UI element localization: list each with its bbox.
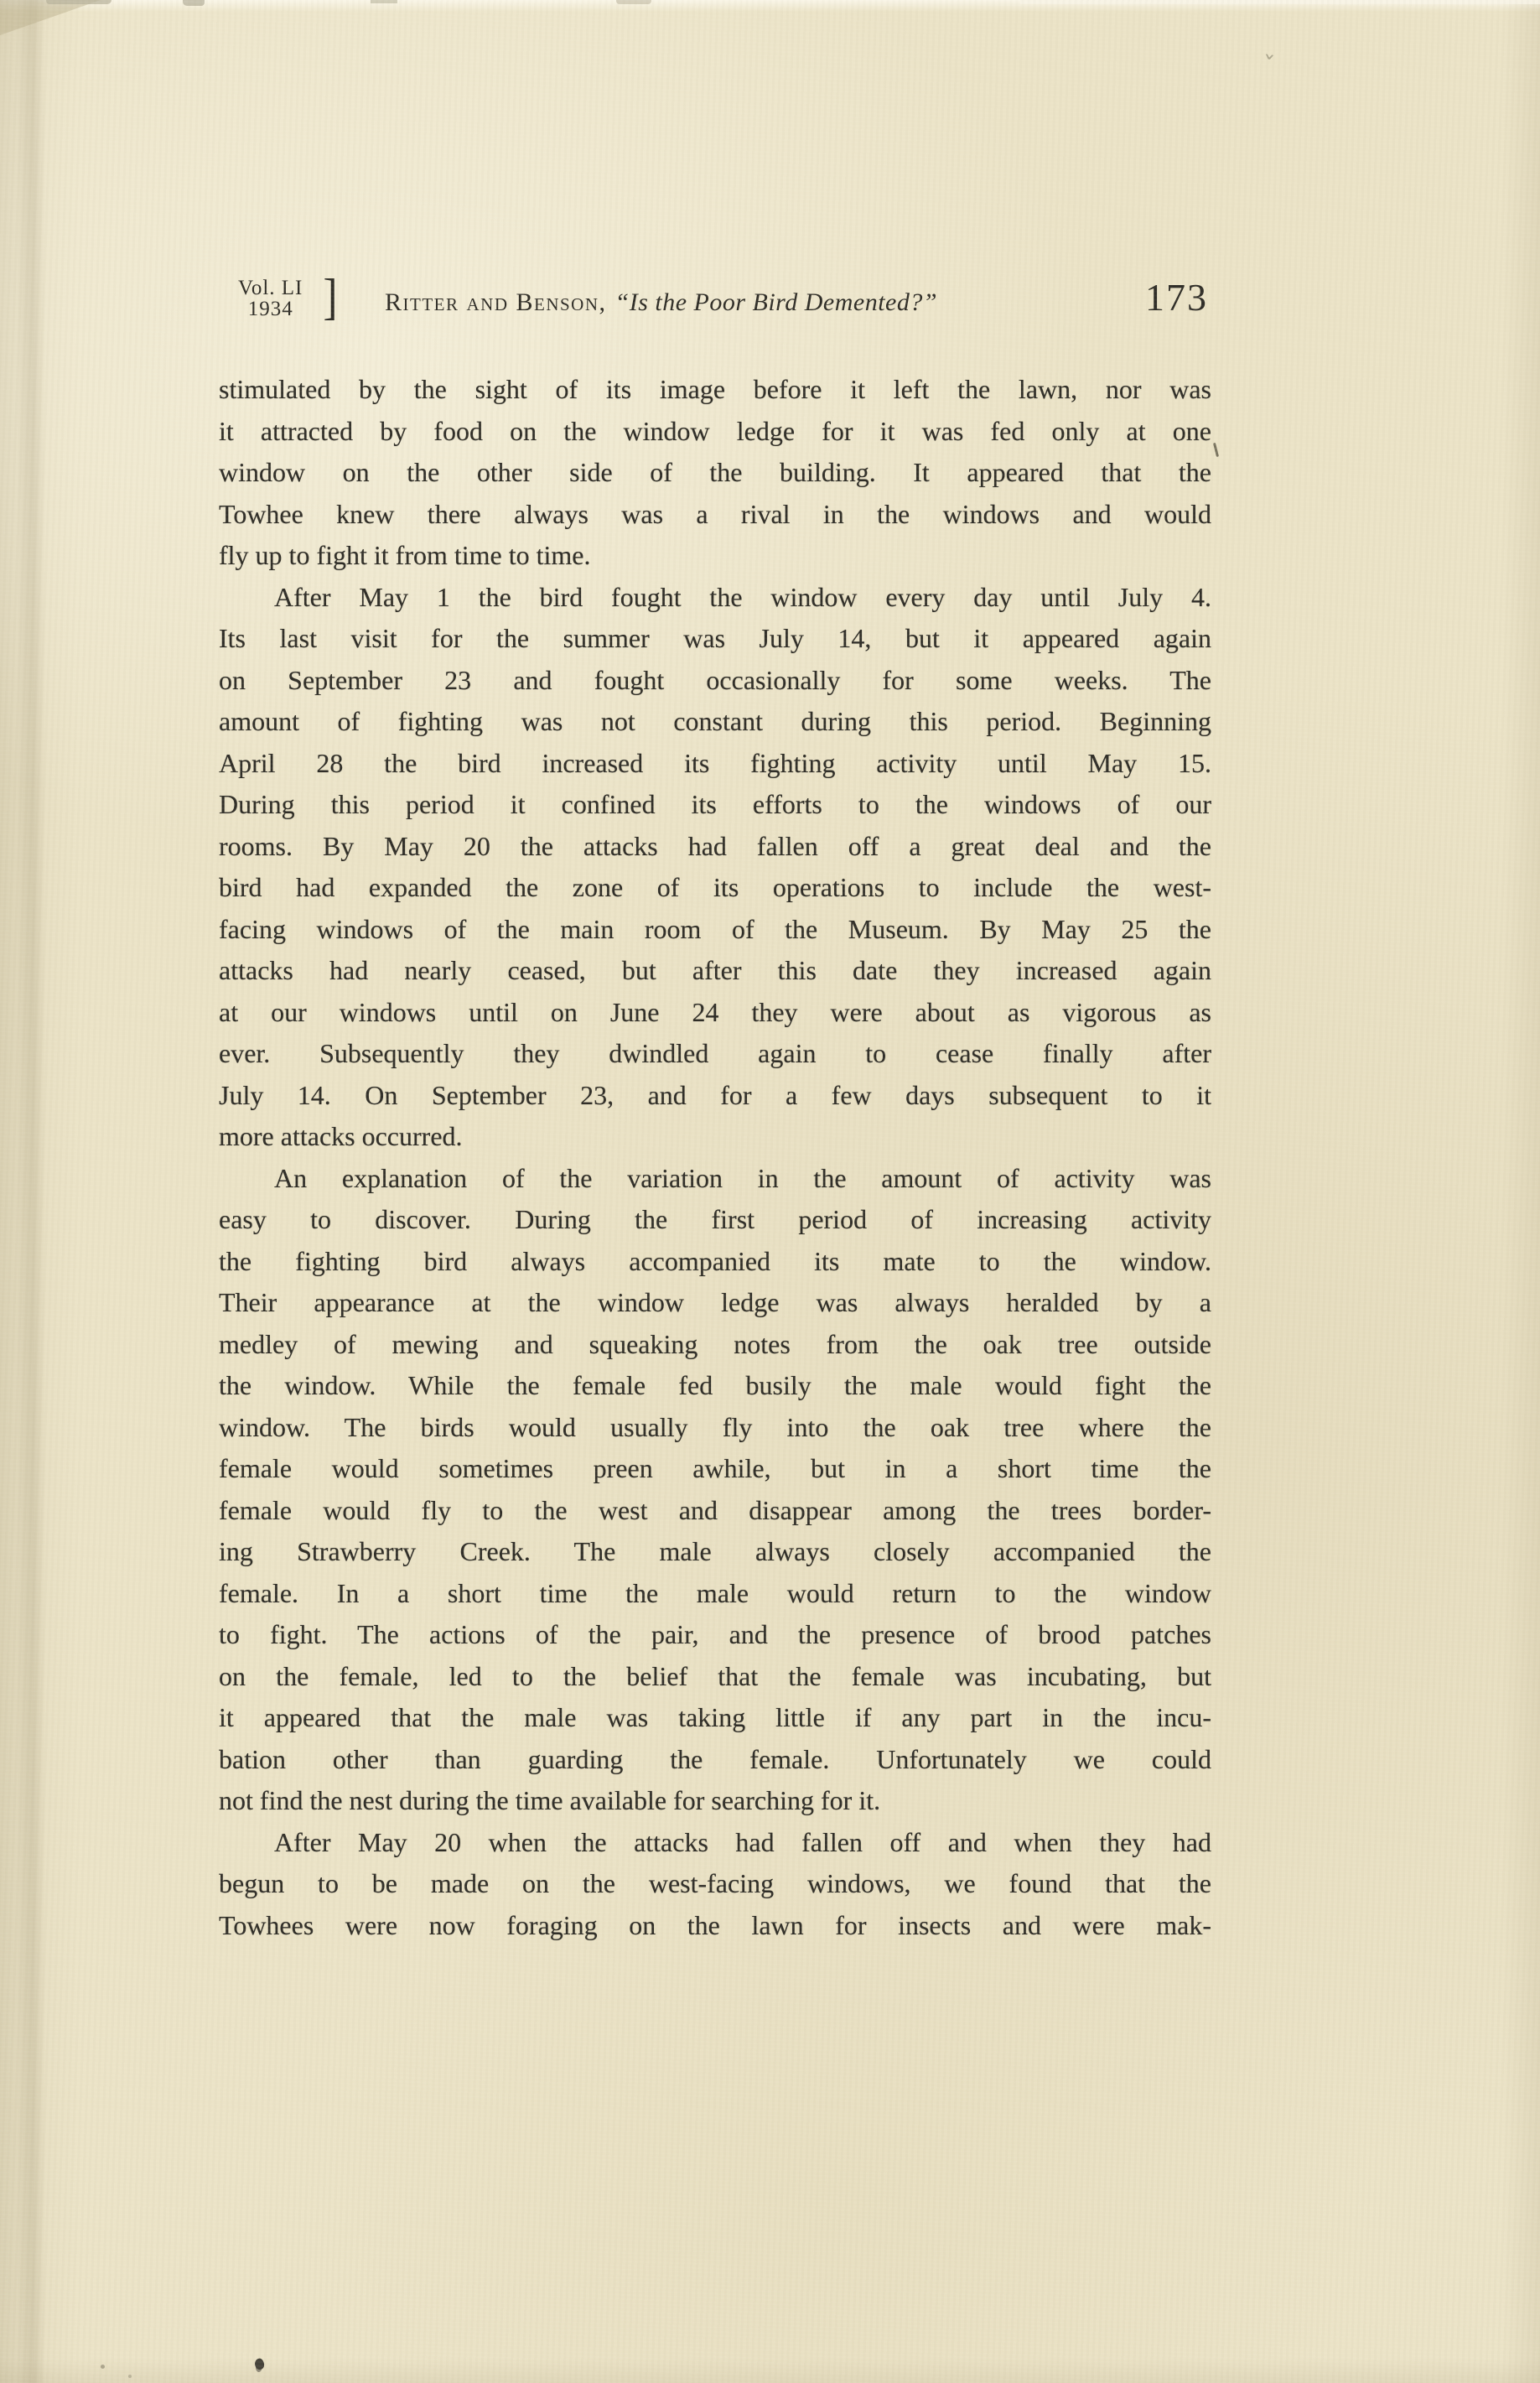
text-line: female would sometimes preen awhile, but… — [219, 1448, 1211, 1490]
text-line: attacks had nearly ceased, but after thi… — [219, 950, 1211, 992]
text-line: Its last visit for the summer was July 1… — [219, 618, 1211, 660]
page-number: 173 — [1145, 278, 1208, 317]
page-corner-shadow — [0, 0, 101, 35]
torn-edge-speck — [371, 0, 397, 3]
text-line: facing windows of the main room of the M… — [219, 909, 1211, 951]
year-label: 1934 — [238, 299, 303, 319]
body-text: stimulated by the sight of its image bef… — [219, 369, 1211, 1946]
text-line: Towhee knew there always was a rival in … — [219, 494, 1211, 536]
text-line: medley of mewing and squeaking notes fro… — [219, 1324, 1211, 1366]
faint-speck — [128, 2375, 132, 2378]
text-line: bird had expanded the zone of its operat… — [219, 867, 1211, 909]
text-line: on September 23 and fought occasionally … — [219, 660, 1211, 702]
volume-label: Vol. LI — [238, 278, 303, 299]
text-line: at our windows until on June 24 they wer… — [219, 992, 1211, 1034]
torn-edge-speck — [616, 0, 651, 4]
scanned-journal-page: Vol. LI 1934 ] Ritter and Benson,“Is the… — [0, 0, 1540, 2383]
text-line: fly up to fight it from time to time. — [219, 535, 1211, 577]
authors-label: Ritter and Benson, — [385, 288, 607, 316]
text-line: July 14. On September 23, and for a few … — [219, 1075, 1211, 1117]
article-title: “Is the Poor Bird Demented?” — [615, 288, 938, 316]
text-line: not find the nest during the time availa… — [219, 1780, 1211, 1822]
text-line: on the female, led to the belief that th… — [219, 1656, 1211, 1698]
text-line: easy to discover. During the first perio… — [219, 1199, 1211, 1241]
pencil-check-mark: ˇ — [1260, 51, 1277, 82]
text-line: female. In a short time the male would r… — [219, 1573, 1211, 1615]
text-line: ing Strawberry Creek. The male always cl… — [219, 1531, 1211, 1573]
volume-block: Vol. LI 1934 — [238, 278, 303, 319]
text-line: bation other than guarding the female. U… — [219, 1739, 1211, 1781]
text-line: to fight. The actions of the pair, and t… — [219, 1614, 1211, 1656]
text-line: April 28 the bird increased its fighting… — [219, 743, 1211, 785]
text-line: After May 20 when the attacks had fallen… — [219, 1822, 1211, 1864]
text-line: After May 1 the bird fought the window e… — [219, 577, 1211, 619]
text-line: begun to be made on the west-facing wind… — [219, 1863, 1211, 1905]
text-line: window on the other side of the building… — [219, 452, 1211, 494]
text-line: rooms. By May 20 the attacks had fallen … — [219, 826, 1211, 868]
text-line: During this period it confined its effor… — [219, 784, 1211, 826]
text-line: it appeared that the male was taking lit… — [219, 1697, 1211, 1739]
pen-tick-mark — [1213, 443, 1219, 457]
text-line: window. The birds would usually fly into… — [219, 1407, 1211, 1449]
text-line: ever. Subsequently they dwindled again t… — [219, 1033, 1211, 1075]
text-line: it attracted by food on the window ledge… — [219, 411, 1211, 453]
text-line: Towhees were now foraging on the lawn fo… — [219, 1905, 1211, 1947]
text-line: more attacks occurred. — [219, 1116, 1211, 1158]
text-line: stimulated by the sight of its image bef… — [219, 369, 1211, 411]
faint-speck — [101, 2365, 105, 2369]
ink-speck — [253, 2357, 266, 2370]
text-line: Their appearance at the window ledge was… — [219, 1282, 1211, 1324]
page-top-edge-highlight — [1020, 0, 1540, 4]
running-citation: Ritter and Benson,“Is the Poor Bird Deme… — [385, 288, 937, 318]
text-line: the window. While the female fed busily … — [219, 1365, 1211, 1407]
text-line: amount of fighting was not constant duri… — [219, 701, 1211, 743]
text-line: the fighting bird always accompanied its… — [219, 1241, 1211, 1283]
text-line: An explanation of the variation in the a… — [219, 1158, 1211, 1200]
volume-bracket: ] — [323, 272, 337, 322]
page-crease — [17, 0, 45, 2383]
torn-edge-speck — [183, 0, 205, 6]
text-line: female would fly to the west and disappe… — [219, 1490, 1211, 1532]
